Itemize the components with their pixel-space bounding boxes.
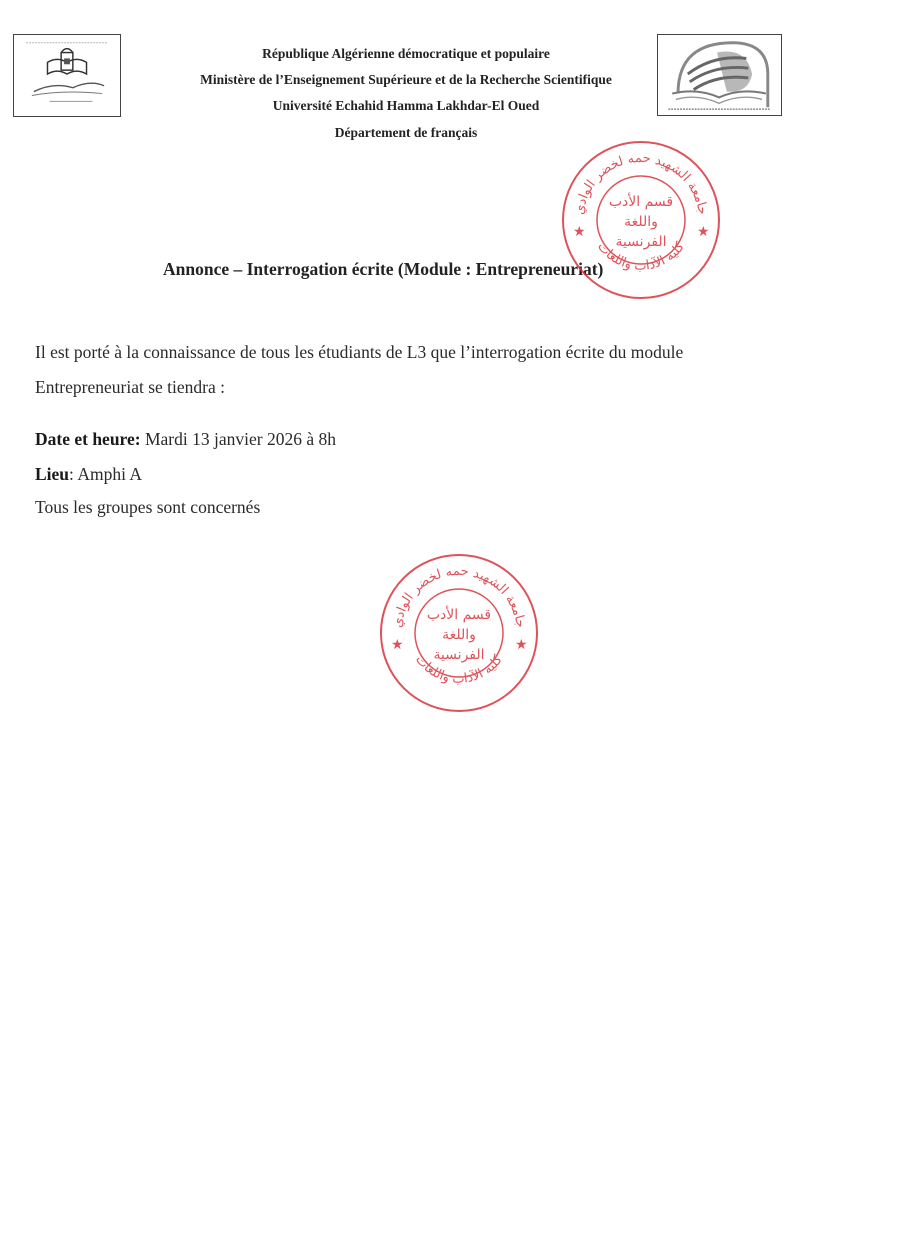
svg-text:واللغة: واللغة bbox=[624, 214, 658, 230]
svg-text:الفرنسية: الفرنسية bbox=[433, 647, 484, 663]
header-country: République Algérienne démocratique et po… bbox=[0, 46, 812, 62]
stamp-icon: جامعة الشهيد حمه لخضر الوادي كلية الآداب… bbox=[379, 553, 539, 713]
intro-line-1: Il est porté à la connaissance de tous l… bbox=[35, 342, 683, 363]
groups-note: Tous les groupes sont concernés bbox=[35, 497, 260, 518]
date-label: Date et heure: bbox=[35, 429, 141, 449]
date-line: Date et heure: Mardi 13 janvier 2026 à 8… bbox=[35, 429, 336, 450]
header-university: Université Echahid Hamma Lakhdar-El Oued bbox=[0, 98, 812, 114]
svg-text:★: ★ bbox=[573, 224, 586, 240]
date-value: Mardi 13 janvier 2026 à 8h bbox=[141, 429, 336, 449]
svg-text:★: ★ bbox=[697, 224, 710, 240]
svg-text:واللغة: واللغة bbox=[442, 627, 476, 643]
stamp-icon: جامعة الشهيد حمه لخضر الوادي كلية الآداب… bbox=[561, 140, 721, 300]
header-department: Département de français bbox=[0, 125, 812, 141]
svg-text:قسم الأدب: قسم الأدب bbox=[427, 605, 491, 623]
svg-text:الفرنسية: الفرنسية bbox=[615, 234, 666, 250]
announcement-title: Annonce – Interrogation écrite (Module :… bbox=[163, 259, 603, 280]
place-value: : Amphi A bbox=[69, 464, 142, 484]
intro-line-2: Entrepreneuriat se tiendra : bbox=[35, 377, 225, 398]
svg-text:★: ★ bbox=[391, 637, 404, 653]
department-stamp-bottom: جامعة الشهيد حمه لخضر الوادي كلية الآداب… bbox=[379, 553, 539, 713]
place-label: Lieu bbox=[35, 464, 69, 484]
svg-text:قسم الأدب: قسم الأدب bbox=[609, 192, 673, 210]
department-stamp-top: جامعة الشهيد حمه لخضر الوادي كلية الآداب… bbox=[561, 140, 721, 300]
place-line: Lieu: Amphi A bbox=[35, 464, 142, 485]
header-ministry: Ministère de l’Enseignement Supérieure e… bbox=[0, 72, 812, 88]
svg-text:★: ★ bbox=[515, 637, 528, 653]
